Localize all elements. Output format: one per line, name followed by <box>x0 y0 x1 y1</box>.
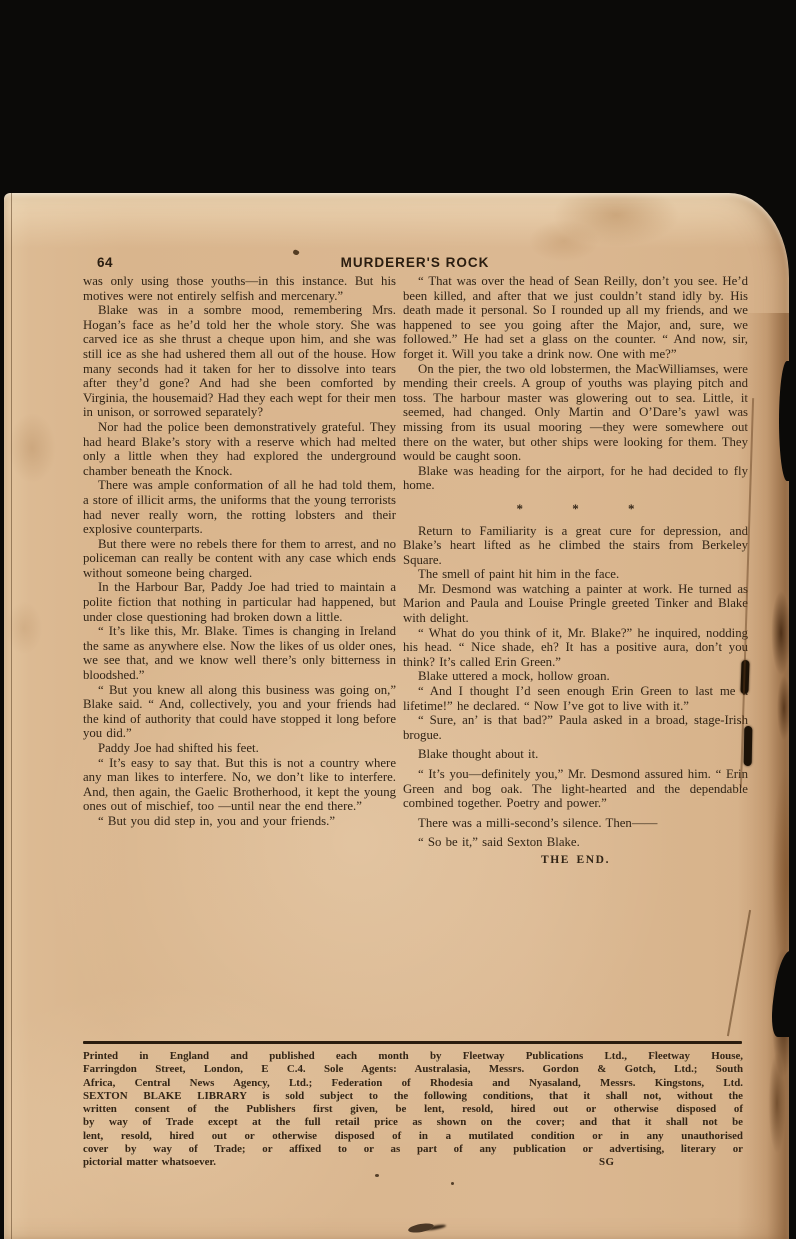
footer-line: by way of Trade except at the full retai… <box>83 1116 743 1129</box>
paragraph: “ Sure, an’ is that bad?” Paula asked in… <box>403 713 748 742</box>
paragraph: “ So be it,” said Sexton Blake. <box>403 835 748 850</box>
paragraph: “ But you did step in, you and your frie… <box>83 814 396 829</box>
paragraph: “ And I thought I’d seen enough Erin Gre… <box>403 684 748 713</box>
paragraph: There was a milli-second’s silence. Then… <box>403 816 748 831</box>
paragraph: The smell of paint hit him in the face. <box>403 567 748 582</box>
footer-line: lent, resold, hired out or otherwise dis… <box>83 1130 743 1143</box>
footer-line: Printed in England and published each mo… <box>83 1050 743 1063</box>
paragraph: * * * <box>403 502 748 517</box>
ink-dot <box>451 1182 454 1185</box>
paragraph: Blake thought about it. <box>403 747 748 762</box>
paragraph: “ But you knew all along this business w… <box>83 683 396 741</box>
torn-edge-notch-top <box>779 361 795 481</box>
paragraph: Blake uttered a mock, hollow groan. <box>403 669 748 684</box>
paragraph: But there were no rebels there for them … <box>83 537 396 581</box>
ink-dot <box>375 1174 379 1177</box>
footer-colophon: SG Printed in England and published each… <box>83 1050 743 1170</box>
paragraph: Blake was in a sombre mood, remembering … <box>83 303 396 420</box>
footer-rule <box>83 1041 742 1044</box>
paragraph: Return to Familiarity is a great cure fo… <box>403 524 748 568</box>
binding-mark-bottom <box>744 726 753 766</box>
running-title: MURDERER'S ROCK <box>83 255 747 270</box>
footer-line: Africa, Central News Agency, Ltd.; Feder… <box>83 1077 743 1090</box>
paper: 64 MURDERER'S ROCK was only using those … <box>4 193 789 1239</box>
footer-line: SEXTON BLAKE LIBRARY is sold subject to … <box>83 1090 743 1103</box>
sg-initials: SG <box>599 1156 615 1169</box>
paragraph: There was ample conformation of all he h… <box>83 478 396 536</box>
left-column: was only using those youths—in this inst… <box>83 274 396 829</box>
paragraph: “ It’s like this, Mr. Blake. Times is ch… <box>83 624 396 682</box>
footer-line: cover by way of Trade; or affixed to or … <box>83 1143 743 1156</box>
paragraph: In the Harbour Bar, Paddy Joe had tried … <box>83 580 396 624</box>
right-column: “ That was over the head of Sean Reilly,… <box>403 274 748 868</box>
paragraph: Nor had the police been demonstratively … <box>83 420 396 478</box>
paragraph: “ What do you think of it, Mr. Blake?” h… <box>403 626 748 670</box>
footer-line: Farringdon Street, London, E C.4. Sole A… <box>83 1063 743 1076</box>
left-crease-line <box>11 193 12 1239</box>
footer-line: written consent of the Publishers first … <box>83 1103 743 1116</box>
paragraph: “ That was over the head of Sean Reilly,… <box>403 274 748 362</box>
paragraph: Mr. Desmond was watching a painter at wo… <box>403 582 748 626</box>
paragraph: THE END. <box>403 853 748 868</box>
ink-smudge <box>408 1222 435 1234</box>
footer-line: pictorial matter whatsoever. <box>83 1156 743 1169</box>
paragraph: was only using those youths—in this inst… <box>83 274 396 303</box>
scanned-page-screen: 64 MURDERER'S ROCK was only using those … <box>0 0 796 1239</box>
paragraph: Paddy Joe had shifted his feet. <box>83 741 396 756</box>
paragraph: “ It’s easy to say that. But this is not… <box>83 756 396 814</box>
page-header: 64 MURDERER'S ROCK <box>83 255 747 273</box>
paragraph: “ It’s you—definitely you,” Mr. Desmond … <box>403 767 748 811</box>
paragraph: Blake was heading for the airport, for h… <box>403 464 748 493</box>
paragraph: On the pier, the two old lobstermen, the… <box>403 362 748 464</box>
